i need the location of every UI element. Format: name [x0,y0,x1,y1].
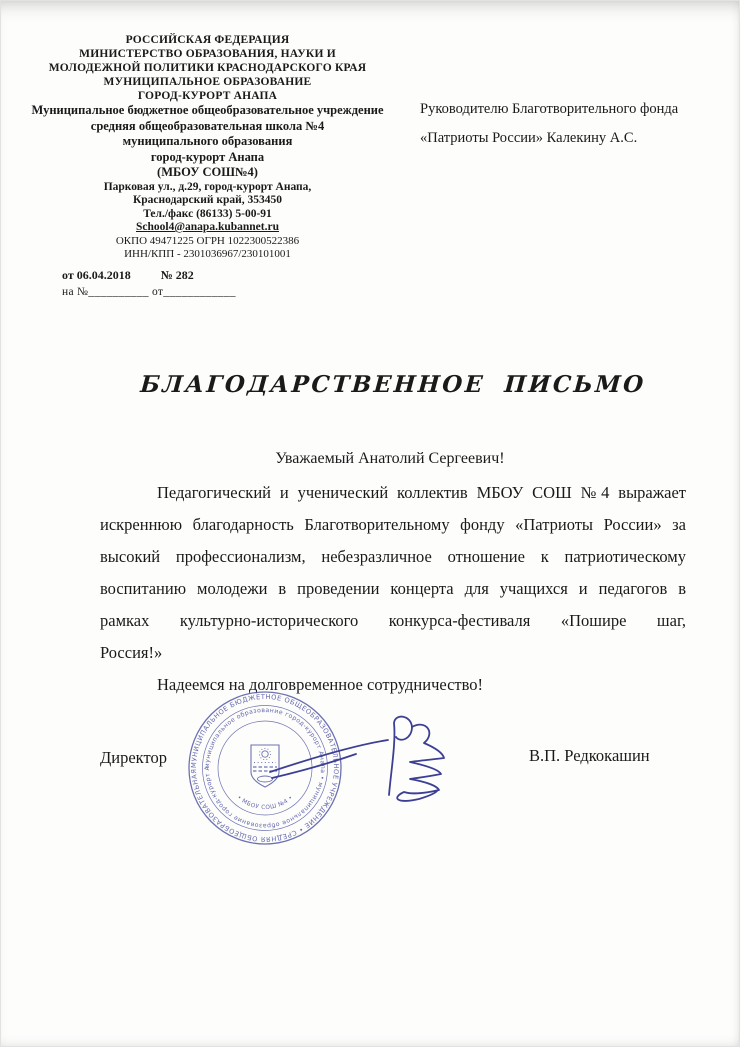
round-stamp [189,692,341,844]
addressee-line: «Патриоты России» Калекину А.С. [420,124,730,153]
body-line: Педагогический и ученический коллектив М… [100,477,686,509]
coat-of-arms-icon [251,745,279,787]
signer-role: Директор [100,748,167,768]
body-line: искреннюю благодарность Благотворительно… [100,509,686,541]
letterhead-line: РОССИЙСКАЯ ФЕДЕРАЦИЯ [20,33,395,47]
letterhead-line: ИНН/КПП - 2301036967/230101001 [20,248,395,261]
stamp-center-label: • МБОУ СОШ №4 • [236,795,295,811]
reference-number: № 282 [161,268,194,283]
letterhead-line: Муниципальное бюджетное общеобразователь… [20,103,395,119]
reference-reply-line: на №__________ от____________ [20,286,395,298]
body-line: высокий профессионализм, небезразличное … [100,541,686,573]
letterhead: РОССИЙСКАЯ ФЕДЕРАЦИЯ МИНИСТЕРСТВО ОБРАЗО… [20,33,395,298]
body-line: рамках культурно-исторического конкурса-… [100,605,686,637]
body-line: Россия!» [100,637,686,669]
stamp-outer-circle [189,692,341,844]
reference-row: от 06.04.2018 № 282 [20,268,395,283]
letterhead-line: муниципального образования [20,134,395,150]
letterhead-line: МУНИЦИПАЛЬНОЕ ОБРАЗОВАНИЕ [20,75,395,89]
letterhead-line: средняя общеобразовательная школа №4 [20,119,395,135]
letterhead-line: ГОРОД-КУРОРТ АНАПА [20,89,395,103]
stamp-text-rings: МУНИЦИПАЛЬНОЕ БЮДЖЕТНОЕ ОБЩЕОБРАЗОВАТЕЛЬ… [170,683,340,843]
letter-page: РОССИЙСКАЯ ФЕДЕРАЦИЯ МИНИСТЕРСТВО ОБРАЗО… [0,0,740,1047]
letterhead-line: МОЛОДЕЖНОЙ ПОЛИТИКИ КРАСНОДАРСКОГО КРАЯ [20,61,395,75]
letterhead-line: ОКПО 49471225 ОГРН 1022300522386 [20,235,395,248]
letterhead-line: Краснодарский край, 353450 [20,194,395,208]
letter-body: Педагогический и ученический коллектив М… [100,477,686,701]
stamp-and-signature: МУНИЦИПАЛЬНОЕ БЮДЖЕТНОЕ ОБЩЕОБРАЗОВАТЕЛЬ… [170,683,510,863]
body-line: воспитанию молодежи в проведении концерт… [100,573,686,605]
salutation: Уважаемый Анатолий Сергеевич! [130,450,650,468]
letterhead-line: МИНИСТЕРСТВО ОБРАЗОВАНИЯ, НАУКИ И [20,47,395,61]
addressee-block: Руководителю Благотворительного фонда «П… [420,95,730,152]
handwritten-signature [270,717,444,801]
seal-svg: МУНИЦИПАЛЬНОЕ БЮДЖЕТНОЕ ОБЩЕОБРАЗОВАТЕЛЬ… [170,683,510,863]
reference-date: от 06.04.2018 [62,268,131,283]
letterhead-line: (МБОУ СОШ№4) [20,165,395,181]
stamp-outer-ring-text: МУНИЦИПАЛЬНОЕ БЮДЖЕТНОЕ ОБЩЕОБРАЗОВАТЕЛЬ… [170,683,340,843]
addressee-line: Руководителю Благотворительного фонда [420,95,730,124]
stamp-inner-circle [218,721,312,815]
letterhead-line: город-курорт Анапа [20,150,395,166]
letterhead-line: Тел./факс (86133) 5-00-91 [20,208,395,222]
email-link: School4@anapa.kubannet.ru [20,221,395,235]
letterhead-line: Парковая ул., д.29, город-курорт Анапа, [20,181,395,195]
document-title: БЛАГОДАРСТВЕННОЕ ПИСЬМО [99,371,687,398]
signer-name: В.П. Редкокашин [529,746,650,766]
